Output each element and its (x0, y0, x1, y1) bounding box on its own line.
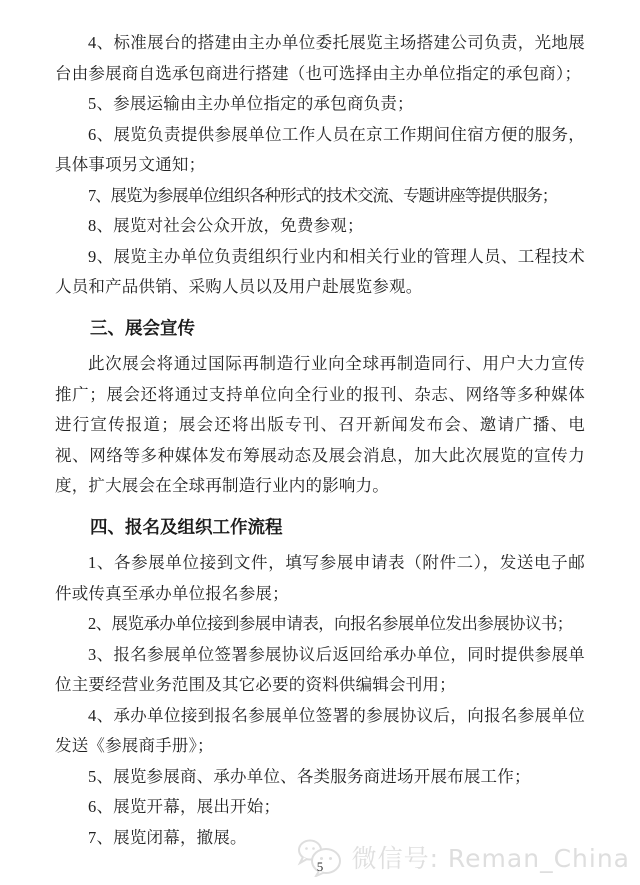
list-item: 3、报名参展单位签署参展协议后返回给承办单位，同时提供参展单位主要经营业务范围及… (55, 640, 585, 701)
document-body: 4、标准展台的搭建由主办单位委托展览主场搭建公司负责，光地展台由参展商自选承包商… (55, 28, 585, 853)
document-page: 4、标准展台的搭建由主办单位委托展览主场搭建公司负责，光地展台由参展商自选承包商… (0, 0, 640, 885)
list-item: 2、展览承办单位接到参展申请表，向报名参展单位发出参展协议书； (55, 609, 585, 640)
section-heading-registration: 四、报名及组织工作流程 (55, 512, 585, 543)
paragraph: 此次展会将通过国际再制造行业向全球再制造同行、用户大力宣传推广；展会还将通过支持… (55, 349, 585, 502)
list-item: 5、参展运输由主办单位指定的承包商负责； (55, 89, 585, 120)
list-item: 5、展览参展商、承办单位、各类服务商进场开展布展工作； (55, 762, 585, 793)
list-item: 9、展览主办单位负责组织行业内和相关行业的管理人员、工程技术人员和产品供销、采购… (55, 242, 585, 303)
list-item: 7、展览为参展单位组织各种形式的技术交流、专题讲座等提供服务； (55, 181, 585, 212)
list-item: 6、展览负责提供参展单位工作人员在京工作期间住宿方便的服务，具体事项另文通知； (55, 120, 585, 181)
list-item: 4、承办单位接到报名参展单位签署的参展协议后，向报名参展单位发送《参展商手册》； (55, 701, 585, 762)
page-number: 5 (0, 859, 640, 875)
list-item: 8、展览对社会公众开放，免费参观； (55, 211, 585, 242)
list-item: 4、标准展台的搭建由主办单位委托展览主场搭建公司负责，光地展台由参展商自选承包商… (55, 28, 585, 89)
section-heading-publicity: 三、展会宣传 (55, 313, 585, 344)
list-item: 1、各参展单位接到文件，填写参展申请表（附件二），发送电子邮件或传真至承办单位报… (55, 548, 585, 609)
list-item: 6、展览开幕，展出开始； (55, 792, 585, 823)
